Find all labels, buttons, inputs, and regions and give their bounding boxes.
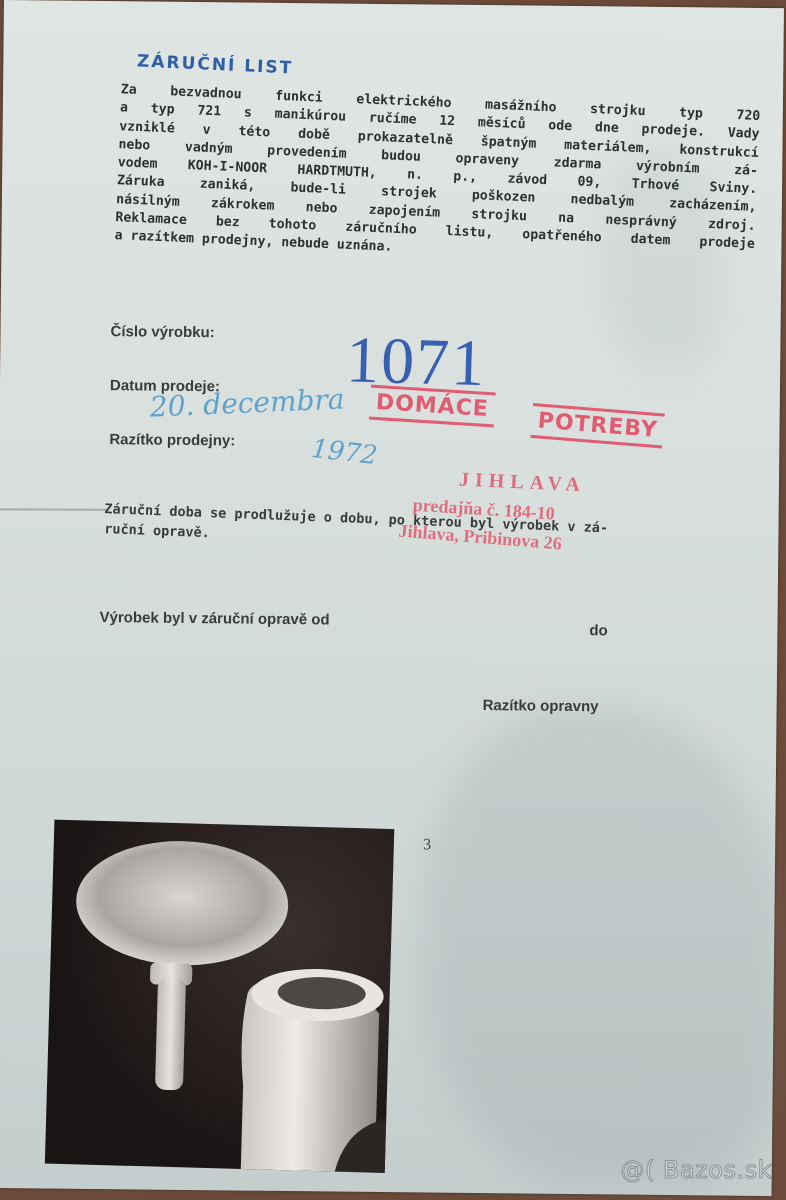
bazos-watermark: @( Bazos.sk: [621, 1156, 772, 1184]
document-title: ZÁRUČNÍ LIST: [137, 51, 294, 78]
page-number: 3: [423, 836, 431, 854]
sale-date-handwritten: 20. decembra: [149, 383, 345, 424]
paper-fold-crease: [0, 508, 109, 510]
product-photo: [45, 820, 394, 1173]
stamp-city: JIHLAVA: [459, 469, 587, 498]
hand-shadow: [422, 704, 786, 1188]
warranty-card-page: ZÁRUČNÍ LIST Za bezvadnou funkci elektri…: [0, 0, 784, 1196]
warranty-terms-paragraph: Za bezvadnou funkci elektrického masážní…: [114, 81, 760, 272]
massage-attachment-illustration: [45, 820, 394, 1173]
stamp-domace: DOMÁCE: [369, 385, 496, 428]
product-number-label: Číslo výrobku:: [110, 323, 214, 341]
repair-from-label: Výrobek byl v záruční opravě od: [99, 609, 329, 628]
repair-to-label: do: [589, 622, 608, 639]
extension-text-line-2: ruční opravě.: [104, 521, 210, 541]
shop-stamp-handwritten: 1972: [310, 434, 379, 471]
stamp-potreby: POTREBY: [530, 403, 665, 448]
repair-stamp-label: Razítko opravny: [483, 697, 599, 715]
shop-stamp-label: Razítko prodejny:: [109, 431, 235, 449]
